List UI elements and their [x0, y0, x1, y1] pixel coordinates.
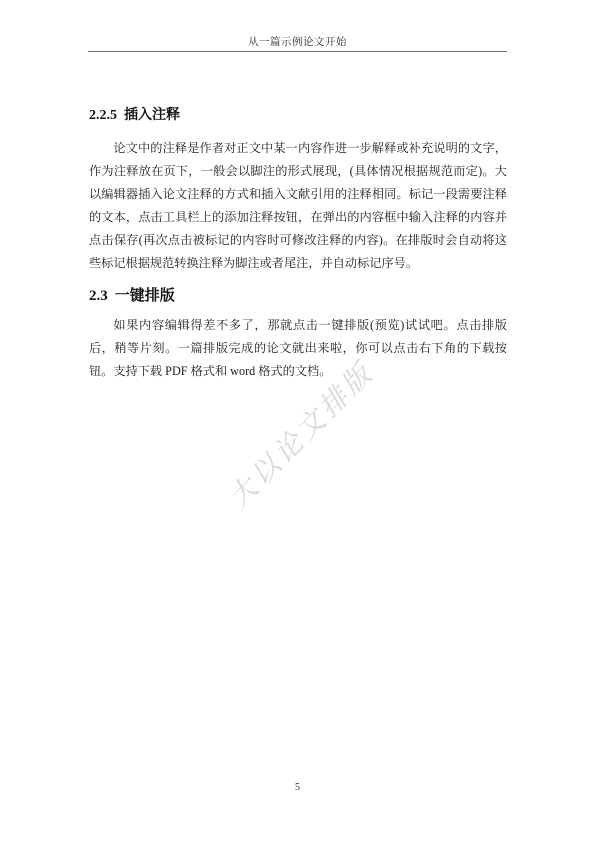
section-number: 2.3: [89, 286, 108, 306]
document-page: 从一篇示例论文开始 2.2.5 插入注释 论文中的注释是作者对正文中某一内容作进…: [0, 0, 595, 842]
page-content: 2.2.5 插入注释 论文中的注释是作者对正文中某一内容作进一步解释或补充说明的…: [89, 106, 507, 383]
running-header-title: 从一篇示例论文开始: [88, 37, 507, 49]
header-rule: [88, 51, 507, 52]
section-number: 2.2.5: [89, 106, 117, 125]
paragraph-typeset: 如果内容编辑得差不多了，那就点击一键排版(预览)试试吧。点击排版后，稍等片刻。一…: [89, 314, 507, 383]
paragraph-notes: 论文中的注释是作者对正文中某一内容作进一步解释或补充说明的文字，作为注释放在页下…: [89, 137, 507, 276]
running-header: 从一篇示例论文开始: [88, 37, 507, 52]
section-title: 一键排版: [115, 286, 175, 306]
page-number: 5: [0, 782, 595, 793]
section-heading-2-3: 2.3 一键排版: [89, 286, 507, 306]
section-heading-2-2-5: 2.2.5 插入注释: [89, 106, 507, 125]
section-title: 插入注释: [124, 106, 180, 125]
